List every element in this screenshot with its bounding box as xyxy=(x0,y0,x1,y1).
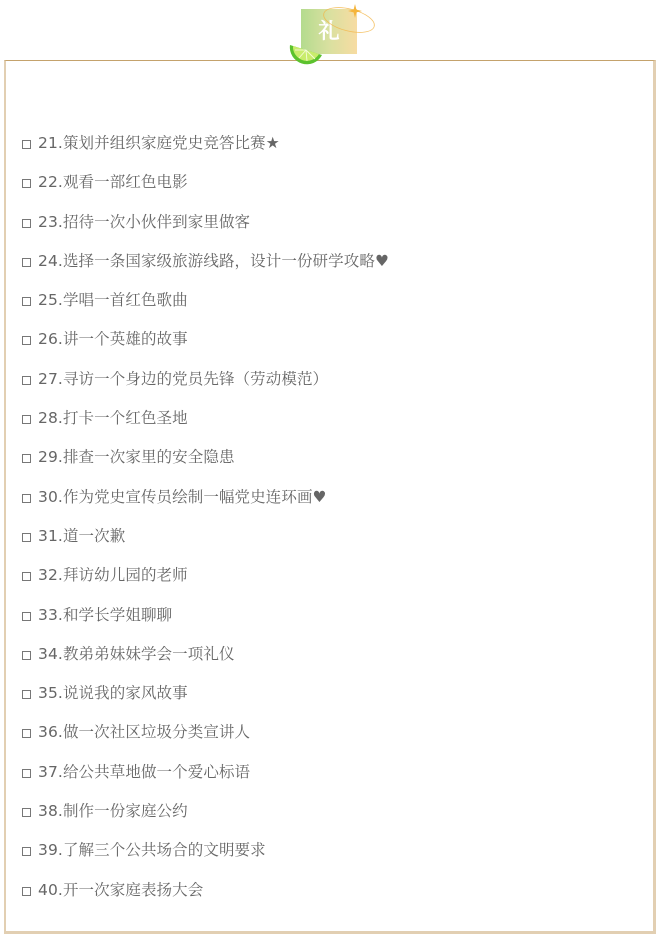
checkbox[interactable] xyxy=(22,376,31,385)
checkbox[interactable] xyxy=(22,140,31,149)
item-label: 25.学唱一首红色歌曲 xyxy=(38,288,188,312)
checklist-item[interactable]: 23.招待一次小伙伴到家里做客 xyxy=(18,210,389,249)
checklist-item[interactable]: 37.给公共草地做一个爱心标语 xyxy=(18,760,389,799)
item-label: 21.策划并组织家庭党史竞答比赛★ xyxy=(38,131,280,155)
badge-tile: 礼 xyxy=(301,9,357,54)
item-label: 33.和学长学姐聊聊 xyxy=(38,603,172,627)
item-label: 36.做一次社区垃圾分类宣讲人 xyxy=(38,720,250,744)
item-label: 39.了解三个公共场合的文明要求 xyxy=(38,838,266,862)
item-label: 40.开一次家庭表扬大会 xyxy=(38,878,203,902)
checklist-item[interactable]: 40.开一次家庭表扬大会 xyxy=(18,878,389,917)
badge-title: 礼 xyxy=(319,21,340,42)
item-label: 32.拜访幼儿园的老师 xyxy=(38,563,188,587)
item-label: 34.教弟弟妹妹学会一项礼仪 xyxy=(38,642,235,666)
checkbox[interactable] xyxy=(22,454,31,463)
checkbox[interactable] xyxy=(22,808,31,817)
checkbox[interactable] xyxy=(22,415,31,424)
checkbox[interactable] xyxy=(22,769,31,778)
item-label: 27.寻访一个身边的党员先锋（劳动模范） xyxy=(38,367,328,391)
item-label: 26.讲一个英雄的故事 xyxy=(38,327,188,351)
item-label: 24.选择一条国家级旅游线路，设计一份研学攻略♥ xyxy=(38,249,389,273)
checkbox[interactable] xyxy=(22,887,31,896)
checklist-item[interactable]: 25.学唱一首红色歌曲 xyxy=(18,288,389,327)
checklist-item[interactable]: 38.制作一份家庭公约 xyxy=(18,799,389,838)
checkbox[interactable] xyxy=(22,219,31,228)
item-label: 30.作为党史宣传员绘制一幅党史连环画♥ xyxy=(38,485,327,509)
checklist: 21.策划并组织家庭党史竞答比赛★ 22.观看一部红色电影 23.招待一次小伙伴… xyxy=(18,131,389,917)
checklist-item[interactable]: 21.策划并组织家庭党史竞答比赛★ xyxy=(18,131,389,170)
checklist-item[interactable]: 32.拜访幼儿园的老师 xyxy=(18,563,389,602)
item-label: 29.排查一次家里的安全隐患 xyxy=(38,445,235,469)
item-label: 35.说说我的家风故事 xyxy=(38,681,188,705)
checkbox[interactable] xyxy=(22,336,31,345)
item-label: 38.制作一份家庭公约 xyxy=(38,799,188,823)
checklist-item[interactable]: 24.选择一条国家级旅游线路，设计一份研学攻略♥ xyxy=(18,249,389,288)
checkbox[interactable] xyxy=(22,847,31,856)
checklist-item[interactable]: 27.寻访一个身边的党员先锋（劳动模范） xyxy=(18,367,389,406)
checklist-item[interactable]: 36.做一次社区垃圾分类宣讲人 xyxy=(18,720,389,759)
checklist-item[interactable]: 26.讲一个英雄的故事 xyxy=(18,327,389,366)
checklist-item[interactable]: 33.和学长学姐聊聊 xyxy=(18,603,389,642)
checkbox[interactable] xyxy=(22,651,31,660)
checklist-item[interactable]: 34.教弟弟妹妹学会一项礼仪 xyxy=(18,642,389,681)
item-label: 23.招待一次小伙伴到家里做客 xyxy=(38,210,250,234)
checkbox[interactable] xyxy=(22,729,31,738)
checkbox[interactable] xyxy=(22,690,31,699)
checklist-item[interactable]: 22.观看一部红色电影 xyxy=(18,170,389,209)
checklist-item[interactable]: 35.说说我的家风故事 xyxy=(18,681,389,720)
section-badge: 礼 xyxy=(286,0,376,66)
item-label: 31.道一次歉 xyxy=(38,524,125,548)
checklist-item[interactable]: 29.排查一次家里的安全隐患 xyxy=(18,445,389,484)
item-label: 37.给公共草地做一个爱心标语 xyxy=(38,760,250,784)
checkbox[interactable] xyxy=(22,572,31,581)
checkbox[interactable] xyxy=(22,297,31,306)
item-label: 22.观看一部红色电影 xyxy=(38,170,188,194)
checkbox[interactable] xyxy=(22,494,31,503)
checkbox[interactable] xyxy=(22,258,31,267)
checklist-item[interactable]: 30.作为党史宣传员绘制一幅党史连环画♥ xyxy=(18,485,389,524)
item-label: 28.打卡一个红色圣地 xyxy=(38,406,188,430)
checklist-item[interactable]: 28.打卡一个红色圣地 xyxy=(18,406,389,445)
checkbox[interactable] xyxy=(22,179,31,188)
checklist-item[interactable]: 31.道一次歉 xyxy=(18,524,389,563)
checkbox[interactable] xyxy=(22,612,31,621)
checkbox[interactable] xyxy=(22,533,31,542)
checklist-item[interactable]: 39.了解三个公共场合的文明要求 xyxy=(18,838,389,877)
